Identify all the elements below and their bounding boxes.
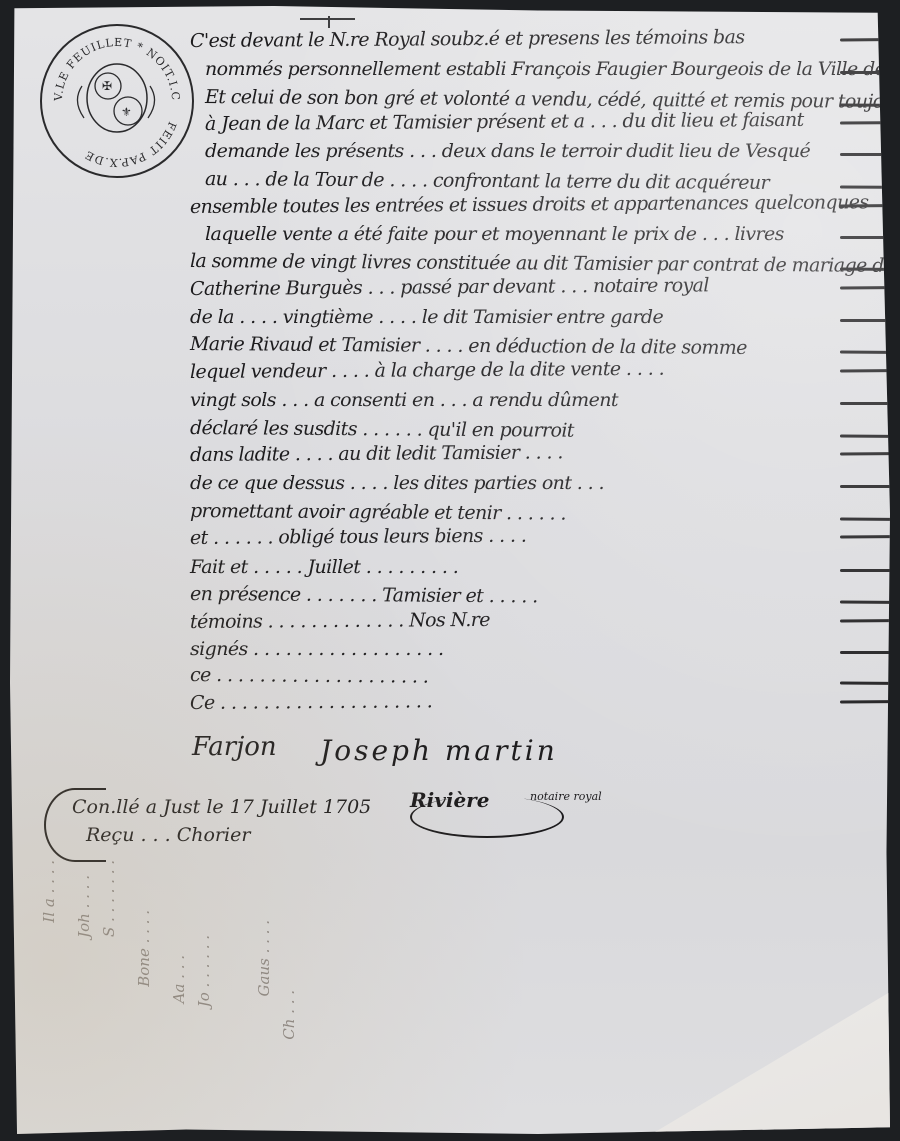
text-line: dans ladite . . . . au dit ledit Tamisie… [190, 439, 860, 466]
text-line: demande les présents . . . deux dans le … [205, 140, 860, 162]
text-line: ensemble toutes les entrées et issues dr… [190, 191, 860, 218]
text-line: vingt sols . . . a consenti en . . . a r… [190, 389, 860, 411]
stamp-emblem-icon: V.LE FEUILLET * NOIT.I.CEN.DE FEIIT PAP.… [42, 26, 192, 176]
signature-notary-title: notaire royal [530, 790, 602, 803]
text-line: témoins . . . . . . . . . . . . . Nos N.… [190, 606, 860, 633]
svg-text:⚜: ⚜ [121, 105, 132, 119]
signature-notary: Rivière [410, 788, 489, 812]
text-line: au . . . de la Tour de . . . . confronta… [205, 168, 860, 195]
text-line: ce . . . . . . . . . . . . . . . . . . .… [190, 664, 860, 691]
text-line: lequel vendeur . . . . à la charge de la… [190, 356, 860, 383]
bleed-through-column: Ch . . . [280, 990, 298, 1040]
text-line: C'est devant le N.re Royal soubz.é et pr… [190, 25, 860, 52]
folded-corner [640, 986, 900, 1141]
bleed-through-column: Jo . . . . . . [195, 935, 213, 1007]
text-line: signés . . . . . . . . . . . . . . . . .… [190, 638, 860, 660]
text-line: nommés personnellement establi François … [205, 58, 860, 80]
bleed-through-column: Il a . . . . [40, 860, 58, 923]
text-line: à Jean de la Marc et Tamisier présent et… [205, 108, 860, 135]
cross-mark [300, 18, 355, 20]
bleed-through-column: Joh . . . . [75, 875, 93, 938]
text-line: Marie Rivaud et Tamisier . . . . en dédu… [190, 333, 860, 360]
svg-text:FEIIT PAP.X.DE: FEIIT PAP.X.DE [82, 120, 178, 169]
text-line: de la . . . . vingtième . . . . le dit T… [190, 306, 860, 328]
text-line: et . . . . . . obligé tous leurs biens .… [190, 522, 860, 549]
bleed-through-column: Bone . . . . [135, 910, 153, 987]
manuscript-page: V.LE FEUILLET * NOIT.I.CEN.DE FEIIT PAP.… [10, 6, 890, 1134]
text-line: la somme de vingt livres constituée au d… [190, 250, 860, 277]
text-line: en présence . . . . . . . Tamisier et . … [190, 583, 860, 610]
bleed-through-column: Aa . . . [170, 955, 188, 1003]
tax-stamp: V.LE FEUILLET * NOIT.I.CEN.DE FEIIT PAP.… [40, 24, 194, 178]
signature-farjon: Farjon [192, 732, 277, 762]
bleed-through-column: Gaus . . . . [255, 920, 273, 996]
control-note-line2: Reçu . . . Chorier [86, 824, 250, 846]
svg-text:✠: ✠ [102, 79, 112, 93]
text-line: Ce . . . . . . . . . . . . . . . . . . .… [190, 687, 860, 714]
text-line: laquelle vente a été faite pour et moyen… [205, 223, 860, 245]
control-note-line1: Con.llé a Just le 17 Juillet 1705 [72, 796, 371, 818]
signature-martin: Joseph martin [320, 734, 558, 767]
text-line: de ce que dessus . . . . les dites parti… [190, 472, 860, 494]
text-line: Catherine Burguès . . . passé par devant… [190, 273, 860, 300]
bleed-through-column: S . . . . . . . [100, 860, 118, 937]
text-line: Fait et . . . . . Juillet . . . . . . . … [190, 556, 860, 578]
